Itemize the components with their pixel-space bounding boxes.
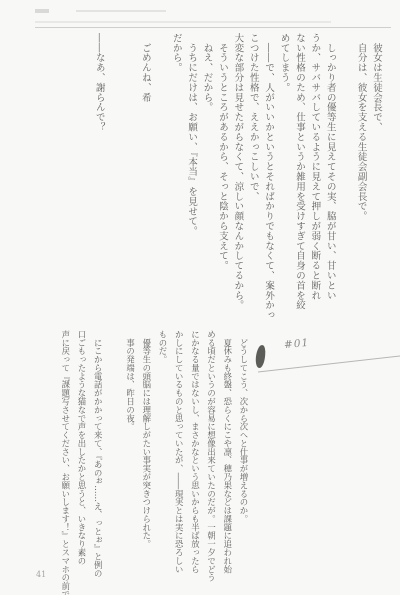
text-column bbox=[338, 33, 353, 309]
text-column: 大変な部分は見せたがらなくて、涼しい顔なんかしてるから。 bbox=[230, 33, 245, 309]
text-column: 夏休みも終盤、恐らくにこや凛、穂乃果などは課題に追われ始 bbox=[220, 330, 236, 588]
text-column: める頃だというのが容易に想像出来ていたのだが。一朝一夕でどう bbox=[203, 330, 219, 588]
text-column: こつけた性格で、ええかっこしいで、 bbox=[245, 33, 260, 309]
chapter-swash-line bbox=[252, 350, 400, 376]
text-column: にかなる量ではないし、まさかなという思いからも半ば放ったら bbox=[187, 330, 203, 588]
header-subtitle-bar bbox=[35, 21, 331, 23]
text-column: にこから電話がかかって来て、『あのぉ……え、っとぉ』と例の bbox=[90, 330, 106, 588]
text-column: うちにだけは、お願い、『本当』を見せて。 bbox=[184, 33, 199, 309]
text-column: ねえ、だから。 bbox=[199, 33, 214, 309]
text-column: ものだ。 bbox=[155, 330, 171, 588]
text-column: しっかり者の優等生に見えてその実、脇が甘い、甘いとい bbox=[322, 33, 337, 309]
text-column: 口ごもったような猫なで声を出したかと思うと、いきなり素の bbox=[74, 330, 90, 588]
text-column: 彼女は生徒会長で、 bbox=[369, 33, 384, 309]
text-column: ――なあ、謝らんで？ bbox=[91, 33, 106, 309]
text-column: かしにしているものと思っていたが、――現実とは実に恐ろしい bbox=[171, 330, 187, 588]
text-column: ない性格のため、仕事というか雑用を受けすぎて自身の首を絞 bbox=[292, 33, 307, 309]
text-column: 事の発端は、昨日の夜。 bbox=[122, 330, 138, 588]
header-rule bbox=[35, 27, 391, 28]
chapter-number: #01 bbox=[284, 337, 310, 351]
text-column: 自分は、彼女を支える生徒会副会長で。 bbox=[353, 33, 368, 309]
main-text-bottom-block: どうしてこう、次から次へと仕事が増えるのか。 夏休みも終盤、恐らくにこや凛、穂乃… bbox=[58, 330, 252, 588]
text-column: ごめんね、希 bbox=[138, 33, 153, 309]
page-number: 41 bbox=[36, 570, 46, 579]
text-column: うか、サバサバしているように見えて押しが弱く断ると断れ bbox=[307, 33, 322, 309]
text-column: 優等生の頭脳には理解しがたい事実が突きつけられた。 bbox=[139, 330, 155, 588]
text-column bbox=[107, 33, 122, 309]
text-column bbox=[122, 33, 137, 309]
text-column: どうしてこう、次から次へと仕事が増えるのか。 bbox=[236, 330, 252, 588]
novel-page: 彼女は生徒会長で、 自分は、彼女を支える生徒会副会長で。 しっかり者の優等生に見… bbox=[0, 0, 400, 595]
text-column: めてしまう。 bbox=[276, 33, 291, 309]
text-column: だから。 bbox=[168, 33, 183, 309]
header-text-smudge bbox=[35, 9, 49, 13]
text-column: 声に戻って『課題写させてください、お願いします！』とスマホの前で bbox=[58, 330, 74, 588]
text-column: そういうところがあるから、そっと陰から支えて。 bbox=[215, 33, 230, 309]
text-column: ――で、人がいいかというとそればかりでもなくて、案外かっ bbox=[261, 33, 276, 309]
main-text-top-block: 彼女は生徒会長で、 自分は、彼女を支える生徒会副会長で。 しっかり者の優等生に見… bbox=[91, 33, 384, 309]
text-column bbox=[153, 33, 168, 309]
text-column bbox=[106, 330, 122, 588]
header-title-bar bbox=[76, 10, 166, 12]
